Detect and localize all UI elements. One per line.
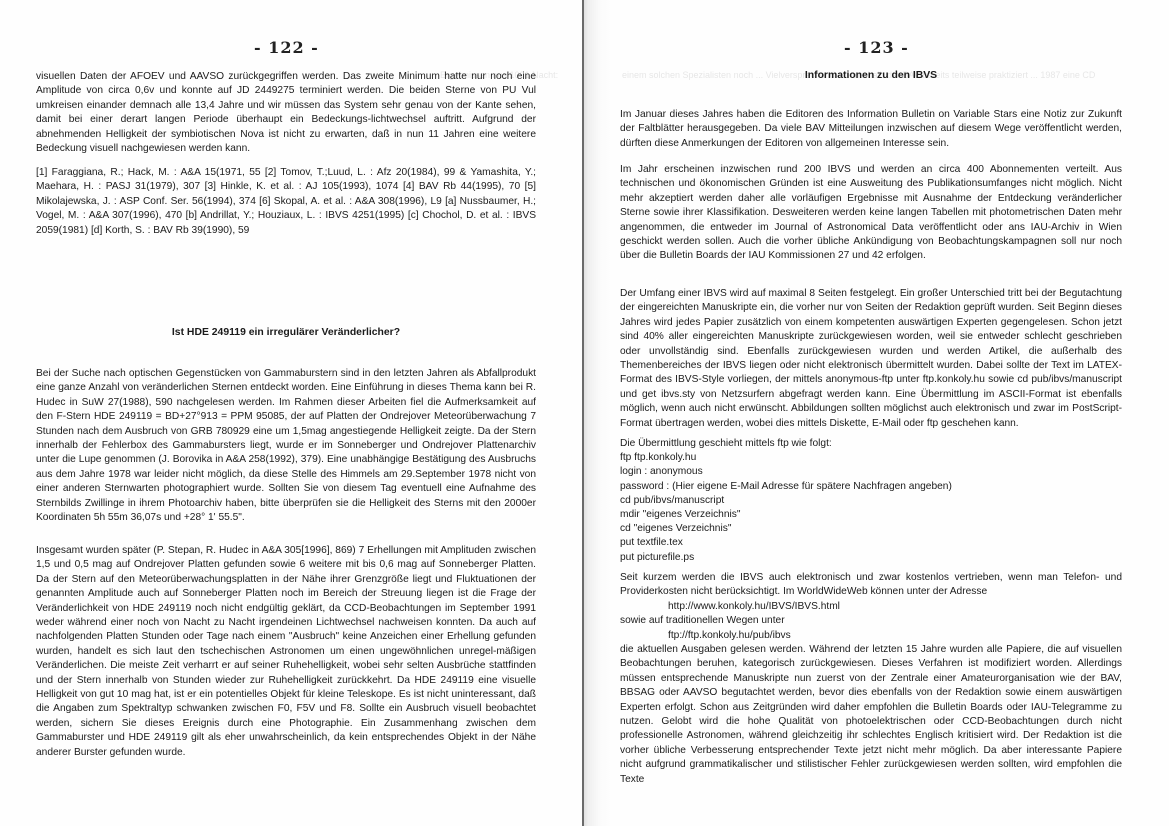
paragraph-text: Der Umfang einer IBVS wird auf maximal 8… xyxy=(620,287,1122,431)
article-paragraph-2: Insgesamt wurden später (P. Stepan, R. H… xyxy=(36,544,536,760)
ftp-command: mdir "eigenes Verzeichnis" xyxy=(620,508,1122,522)
paragraph-text: Insgesamt wurden später (P. Stepan, R. H… xyxy=(36,544,536,760)
ftp-command: cd "eigenes Verzeichnis" xyxy=(620,522,1122,536)
book-spread: Ergebnissen aus 1001 Nacht: - 122 - visu… xyxy=(0,0,1169,826)
article-paragraph-2: Im Jahr erscheinen inzwischen rund 200 I… xyxy=(620,163,1122,264)
paragraph-text: Bei der Suche nach optischen Gegenstücke… xyxy=(36,367,536,525)
page-number: - 122 - xyxy=(254,38,319,57)
right-page: einem solchen Spezialisten noch ... Viel… xyxy=(582,0,1169,826)
book-spine xyxy=(582,0,584,826)
ftp-intro: Die Übermittlung geschieht mittels ftp w… xyxy=(620,437,1122,451)
ftp-command: cd pub/ibvs/manuscript xyxy=(620,494,1122,508)
article-paragraph-1: Im Januar dieses Jahres haben die Editor… xyxy=(620,108,1122,151)
article-heading: Informationen zu den IBVS xyxy=(620,69,1122,83)
references: [1] Faraggiana, R.; Hack, M. : A&A 15(19… xyxy=(36,166,536,238)
ftp-command: login : anonymous xyxy=(620,465,1122,479)
paragraph-text: Im Jahr erscheinen inzwischen rund 200 I… xyxy=(620,163,1122,264)
paragraph-text: Seit kurzem werden die IBVS auch elektro… xyxy=(620,571,1122,600)
article-paragraph-3: Der Umfang einer IBVS wird auf maximal 8… xyxy=(620,287,1122,431)
page-number: - 123 - xyxy=(844,38,909,57)
paragraph-text: die aktuellen Ausgaben gelesen werden. W… xyxy=(620,643,1122,787)
left-page: Ergebnissen aus 1001 Nacht: - 122 - visu… xyxy=(0,0,582,826)
ftp-url: ftp://ftp.konkoly.hu/pub/ibvs xyxy=(620,629,1122,643)
paragraph-text: Im Januar dieses Jahres haben die Editor… xyxy=(620,108,1122,151)
ftp-instructions: Die Übermittlung geschieht mittels ftp w… xyxy=(620,437,1122,565)
article-heading: Ist HDE 249119 ein irregulärer Veränderl… xyxy=(36,326,536,340)
ftp-command: put textfile.tex xyxy=(620,536,1122,550)
article-paragraph-1: Bei der Suche nach optischen Gegenstücke… xyxy=(36,367,536,525)
ftp-command: password : (Hier eigene E-Mail Adresse f… xyxy=(620,480,1122,494)
www-url: http://www.konkoly.hu/IBVS/IBVS.html xyxy=(620,600,1122,614)
references-text: [1] Faraggiana, R.; Hack, M. : A&A 15(19… xyxy=(36,166,536,238)
paragraph-text: sowie auf traditionellen Wegen unter xyxy=(620,614,1122,628)
ftp-command: ftp ftp.konkoly.hu xyxy=(620,451,1122,465)
article-paragraph-4: Seit kurzem werden die IBVS auch elektro… xyxy=(620,571,1122,787)
ftp-command: put picturefile.ps xyxy=(620,551,1122,565)
intro-paragraph: visuellen Daten der AFOEV und AAVSO zurü… xyxy=(36,70,536,156)
paragraph-text: visuellen Daten der AFOEV und AAVSO zurü… xyxy=(36,70,536,156)
